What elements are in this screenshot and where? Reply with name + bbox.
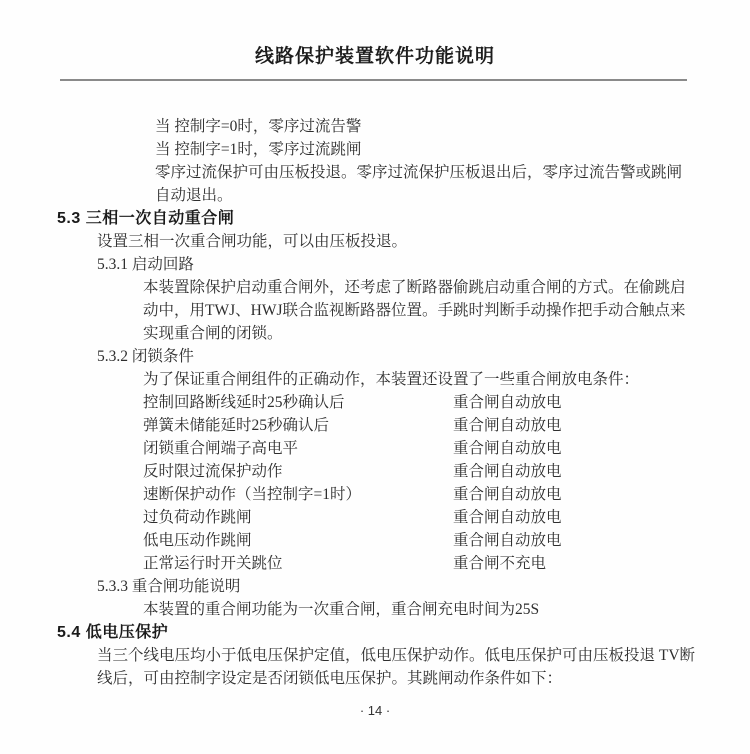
discharge-condition-row: 低电压动作跳闸 重合闸自动放电 xyxy=(0,529,750,552)
discharge-condition-row: 速断保护动作（当控制字=1时） 重合闸自动放电 xyxy=(0,483,750,506)
condition-cell: 正常运行时开关跳位 xyxy=(143,552,453,575)
condition-cell: 速断保护动作（当控制字=1时） xyxy=(143,483,453,506)
section-5-4-heading: 5.4 低电压保护 xyxy=(0,621,750,644)
result-cell: 重合闸自动放电 xyxy=(453,506,562,529)
section-5-3-1-paragraph-line-3: 实现重合闸的闭锁。 xyxy=(0,322,750,345)
section-5-3-1-paragraph-line-2: 动中，用TWJ、HWJ联合监视断路器位置。手跳时判断手动操作把手动合触点来 xyxy=(0,299,750,322)
condition-cell: 弹簧未储能延时25秒确认后 xyxy=(143,414,453,437)
condition-cell: 控制回路断线延时25秒确认后 xyxy=(143,391,453,414)
discharge-condition-row: 反时限过流保护动作 重合闸自动放电 xyxy=(0,460,750,483)
section-5-4-paragraph-line-1: 当三个线电压均小于低电压保护定值，低电压保护动作。低电压保护可由压板投退 TV断 xyxy=(0,644,750,667)
condition-cell: 闭锁重合闸端子高电平 xyxy=(143,437,453,460)
section-5-3-1-heading: 5.3.1 启动回路 xyxy=(0,253,750,276)
section-5-3-heading: 5.3 三相一次自动重合闸 xyxy=(0,207,750,230)
section-5-3-2-heading: 5.3.2 闭锁条件 xyxy=(0,345,750,368)
document-page: 线路保护装置软件功能说明 当 控制字=0时，零序过流告警 当 控制字=1时，零序… xyxy=(0,0,750,754)
discharge-condition-row: 弹簧未储能延时25秒确认后 重合闸自动放电 xyxy=(0,414,750,437)
condition-cell: 过负荷动作跳闸 xyxy=(143,506,453,529)
section-5-3-1-paragraph-line-1: 本装置除保护启动重合闸外，还考虑了断路器偷跳启动重合闸的方式。在偷跳启 xyxy=(0,276,750,299)
section-5-4-paragraph-line-2: 线后，可由控制字设定是否闭锁低电压保护。其跳闸动作条件如下： xyxy=(0,667,750,690)
zero-seq-plate-line: 零序过流保护可由压板投退。零序过流保护压板退出后，零序过流告警或跳闸 xyxy=(0,161,750,184)
discharge-condition-row: 闭锁重合闸端子高电平 重合闸自动放电 xyxy=(0,437,750,460)
condition-cell: 反时限过流保护动作 xyxy=(143,460,453,483)
zero-seq-control-word-1-line: 当 控制字=1时，零序过流跳闸 xyxy=(0,138,750,161)
zero-seq-control-word-0-line: 当 控制字=0时，零序过流告警 xyxy=(0,115,750,138)
result-cell: 重合闸自动放电 xyxy=(453,437,562,460)
result-cell: 重合闸不充电 xyxy=(453,552,546,575)
result-cell: 重合闸自动放电 xyxy=(453,483,562,506)
condition-cell: 低电压动作跳闸 xyxy=(143,529,453,552)
section-5-3-3-paragraph-line: 本装置的重合闸功能为一次重合闸，重合闸充电时间为25S xyxy=(0,598,750,621)
document-header-title: 线路保护装置软件功能说明 xyxy=(0,0,750,70)
discharge-condition-row: 正常运行时开关跳位 重合闸不充电 xyxy=(0,552,750,575)
result-cell: 重合闸自动放电 xyxy=(453,460,562,483)
section-5-3-intro: 设置三相一次重合闸功能，可以由压板投退。 xyxy=(0,230,750,253)
section-5-3-3-heading: 5.3.3 重合闸功能说明 xyxy=(0,575,750,598)
zero-seq-plate-line-cont: 自动退出。 xyxy=(0,184,750,207)
result-cell: 重合闸自动放电 xyxy=(453,529,562,552)
result-cell: 重合闸自动放电 xyxy=(453,414,562,437)
section-5-3-2-intro: 为了保证重合闸组件的正确动作，本装置还设置了一些重合闸放电条件： xyxy=(0,368,750,391)
discharge-condition-row: 过负荷动作跳闸 重合闸自动放电 xyxy=(0,506,750,529)
result-cell: 重合闸自动放电 xyxy=(453,391,562,414)
discharge-condition-row: 控制回路断线延时25秒确认后 重合闸自动放电 xyxy=(0,391,750,414)
page-number: · 14 · xyxy=(0,703,750,718)
page-content: 当 控制字=0时，零序过流告警 当 控制字=1时，零序过流跳闸 零序过流保护可由… xyxy=(0,115,750,690)
header-divider-line xyxy=(60,79,687,81)
